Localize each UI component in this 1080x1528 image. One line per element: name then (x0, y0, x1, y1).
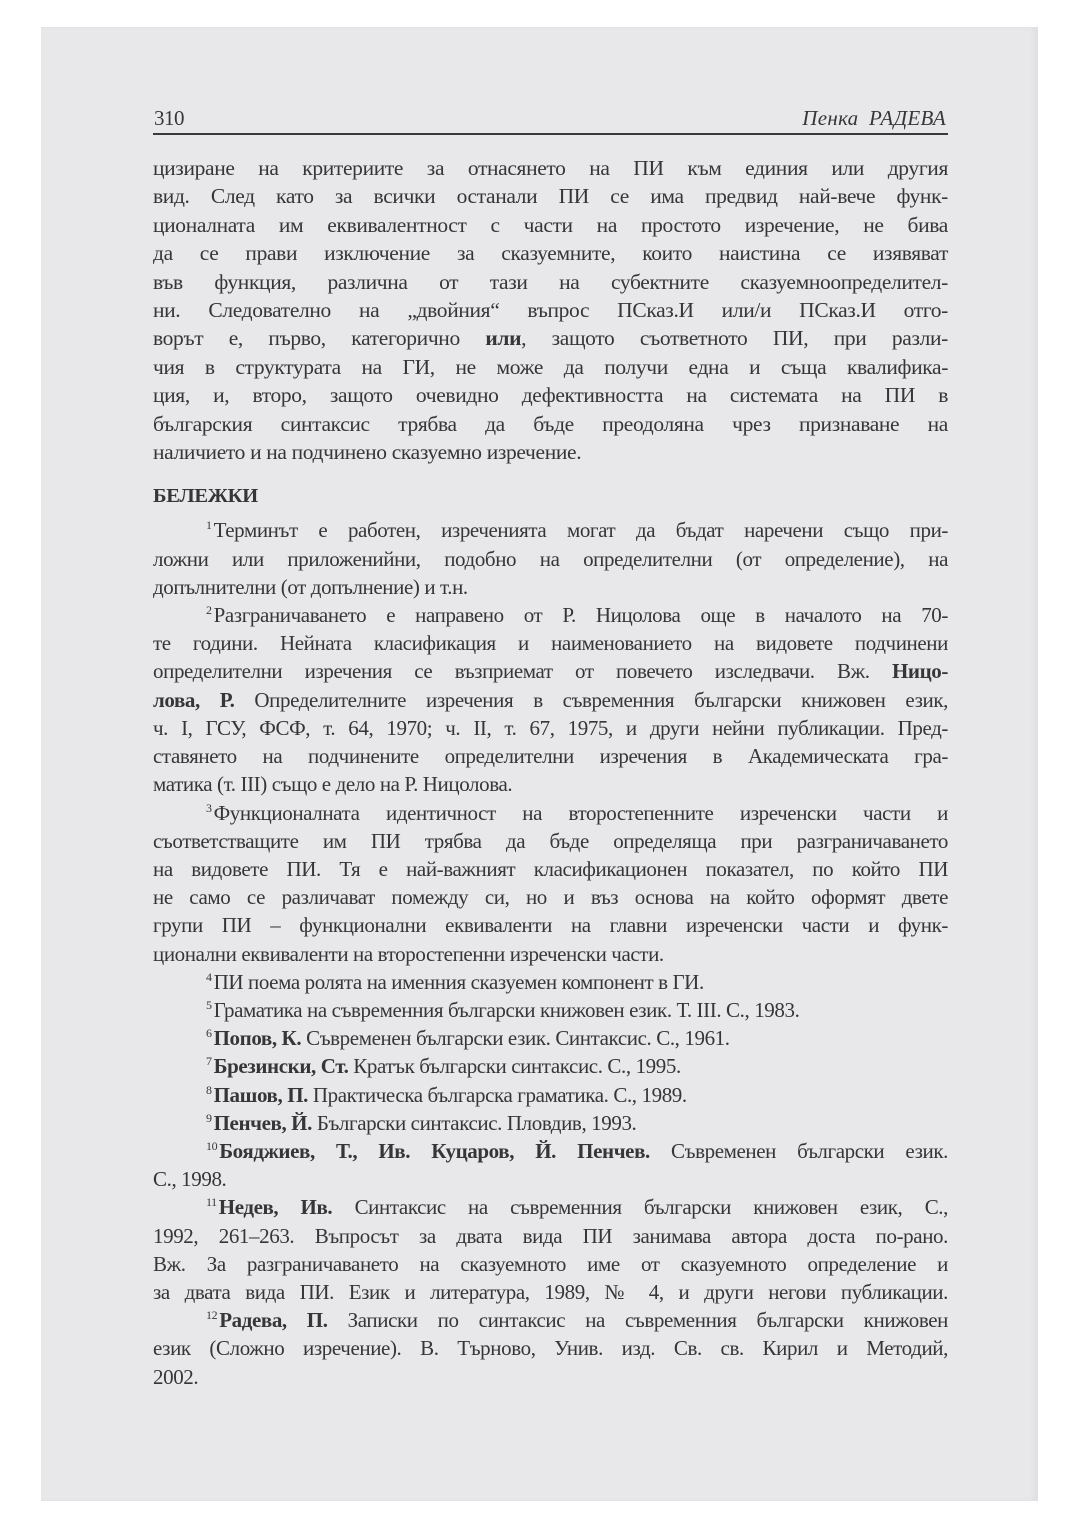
note-number: 4 (206, 970, 212, 984)
note-author: Бояджиев, Т., Ив. Куцаров, Й. Пенчев. (219, 1139, 650, 1163)
note-number: 3 (206, 801, 212, 815)
note-9: 9Пенчев, Й. Български синтаксис. Пловдив… (153, 1109, 948, 1137)
note-text: Практическа българска граматика. С., 198… (308, 1083, 687, 1107)
body-line: вид. След като за всички останали ПИ се … (153, 182, 948, 210)
note-line: 3Функционалната идентичност на второстеп… (153, 799, 948, 827)
note-3: 3Функционалната идентичност на второстеп… (153, 799, 948, 968)
note-line: матика (т. III) също е дело на Р. Ницоло… (153, 770, 948, 798)
note-line: 2002. (153, 1363, 948, 1391)
note-11: 11Недев, Ив. Синтаксис на съвременния бъ… (153, 1193, 948, 1306)
note-text: определителни изречения се възприемат от… (153, 659, 870, 683)
note-2: 2Разграничаването е направено от Р. Ницо… (153, 601, 948, 798)
note-line: ч. I, ГСУ, ФСФ, т. 64, 1970; ч. II, т. 6… (153, 714, 948, 742)
note-line: за двата вида ПИ. Език и литература, 198… (153, 1278, 948, 1306)
body-line: ни. Следователно на „двойния“ въпрос ПСк… (153, 296, 948, 324)
note-4: 4ПИ поема ролята на именния сказуемен ко… (153, 968, 948, 996)
body-line: да се прави изключение за сказуемните, к… (153, 239, 948, 267)
note-line: допълнителни (от допълнение) и т.н. (153, 573, 948, 601)
note-text: Синтаксис на съвременния български книжо… (332, 1195, 948, 1219)
note-line: ставянето на подчинените определителни и… (153, 742, 948, 770)
body-paragraph: цизиране на критериите за отнасянето на … (153, 154, 948, 466)
note-text: Граматика на съвременния български книжо… (214, 998, 800, 1022)
note-author: Ницо- (892, 659, 948, 683)
note-text: Записки по синтаксис на съвременния бълг… (328, 1308, 948, 1332)
note-text: Разграничаването е направено от Р. Ницол… (214, 603, 948, 627)
note-12: 12Радева, П. Записки по синтаксис на съв… (153, 1306, 948, 1391)
notes-list: 1Терминът е работен, изреченията могат д… (153, 516, 948, 1390)
note-5: 5Граматика на съвременния български книж… (153, 996, 948, 1024)
note-line: 12Радева, П. Записки по синтаксис на съв… (153, 1306, 948, 1334)
note-author: Попов, К. (214, 1026, 302, 1050)
note-line: 2Разграничаването е направено от Р. Ницо… (153, 601, 948, 629)
body-line-part: , защото съответното ПИ, при разли- (521, 326, 948, 350)
body-line: българския синтаксис трябва да бъде прео… (153, 410, 948, 438)
note-line: С., 1998. (153, 1165, 948, 1193)
note-text: Функционалната идентичност на второстепе… (214, 801, 948, 825)
note-line: 10Бояджиев, Т., Ив. Куцаров, Й. Пенчев. … (153, 1137, 948, 1165)
running-head-author: Пенка РАДЕВА (802, 104, 946, 132)
text-column: 310 Пенка РАДЕВА цизиране на критериите … (153, 103, 948, 1391)
notes-heading: БЕЛЕЖКИ (153, 482, 948, 510)
note-author: лова, Р. (153, 688, 234, 712)
scanned-page: 310 Пенка РАДЕВА цизиране на критериите … (41, 27, 1038, 1501)
note-number: 10 (206, 1139, 217, 1153)
note-number: 1 (206, 518, 212, 532)
note-text: Терминът е работен, изреченията могат да… (214, 518, 948, 542)
body-line: наличието и на подчинено сказуемно изреч… (153, 438, 948, 466)
note-number: 12 (206, 1308, 217, 1322)
note-line: групи ПИ – функционални еквиваленти на г… (153, 911, 948, 939)
note-7: 7Брезински, Ст. Кратък български синтакс… (153, 1052, 948, 1080)
note-line: 11Недев, Ив. Синтаксис на съвременния бъ… (153, 1193, 948, 1221)
note-number: 5 (206, 998, 212, 1012)
note-author: Пенчев, Й. (214, 1111, 312, 1135)
note-text: Кратък български синтаксис. С., 1995. (348, 1054, 680, 1078)
note-text: ПИ поема ролята на именния сказуемен ком… (214, 970, 704, 994)
body-line-part: ворът е, първо, категорично (153, 326, 460, 350)
body-line: цизиране на критериите за отнасянето на … (153, 154, 948, 182)
note-text: Български синтаксис. Пловдив, 1993. (312, 1111, 636, 1135)
note-line: ционални еквиваленти на второстепенни из… (153, 940, 948, 968)
note-text: Определителните изречения в съвременния … (254, 688, 948, 712)
note-line: съответстващите им ПИ трябва да бъде опр… (153, 827, 948, 855)
emphasis-or: или (485, 326, 521, 350)
note-author: Брезински, Ст. (214, 1054, 349, 1078)
note-line: език (Сложно изречение). В. Търново, Уни… (153, 1334, 948, 1362)
note-10: 10Бояджиев, Т., Ив. Куцаров, Й. Пенчев. … (153, 1137, 948, 1193)
note-number: 2 (206, 603, 212, 617)
note-line: ложни или приложенийни, подобно на опред… (153, 545, 948, 573)
note-number: 6 (206, 1026, 212, 1040)
body-line: ворът е, първо, категорично или, защото … (153, 324, 948, 352)
note-line: 1Терминът е работен, изреченията могат д… (153, 516, 948, 544)
note-author: Недев, Ив. (219, 1195, 333, 1219)
note-line: не само се различават помежду си, но и в… (153, 883, 948, 911)
note-line: лова, Р. Определителните изречения в съв… (153, 686, 948, 714)
note-text: Съвременен български език. Синтаксис. С.… (301, 1026, 729, 1050)
note-author: Радева, П. (219, 1308, 327, 1332)
note-number: 8 (206, 1083, 212, 1097)
body-line: чия в структурата на ГИ, не може да полу… (153, 353, 948, 381)
note-line: на видовете ПИ. Тя е най-важният класифи… (153, 855, 948, 883)
body-line: ционалната им еквивалентност с части на … (153, 211, 948, 239)
body-line: ция, и, второ, защото очевидно дефективн… (153, 381, 948, 409)
note-6: 6Попов, К. Съвременен български език. Си… (153, 1024, 948, 1052)
note-text: Съвременен български език. (650, 1139, 948, 1163)
body-line: във функция, различна от тази на субектн… (153, 268, 948, 296)
note-line: Вж. За разграничаването на сказуемното и… (153, 1250, 948, 1278)
note-number: 11 (206, 1195, 217, 1209)
note-line: определителни изречения се възприемат от… (153, 657, 948, 685)
page-number: 310 (154, 104, 184, 132)
note-line: 1992, 261–263. Въпросът за двата вида ПИ… (153, 1222, 948, 1250)
note-8: 8Пашов, П. Практическа българска грамати… (153, 1081, 948, 1109)
note-1: 1Терминът е работен, изреченията могат д… (153, 516, 948, 601)
note-line: те години. Нейната класификация и наимен… (153, 629, 948, 657)
note-author: Пашов, П. (214, 1083, 308, 1107)
note-number: 7 (206, 1054, 212, 1068)
running-header: 310 Пенка РАДЕВА (153, 103, 948, 135)
note-number: 9 (206, 1111, 212, 1125)
